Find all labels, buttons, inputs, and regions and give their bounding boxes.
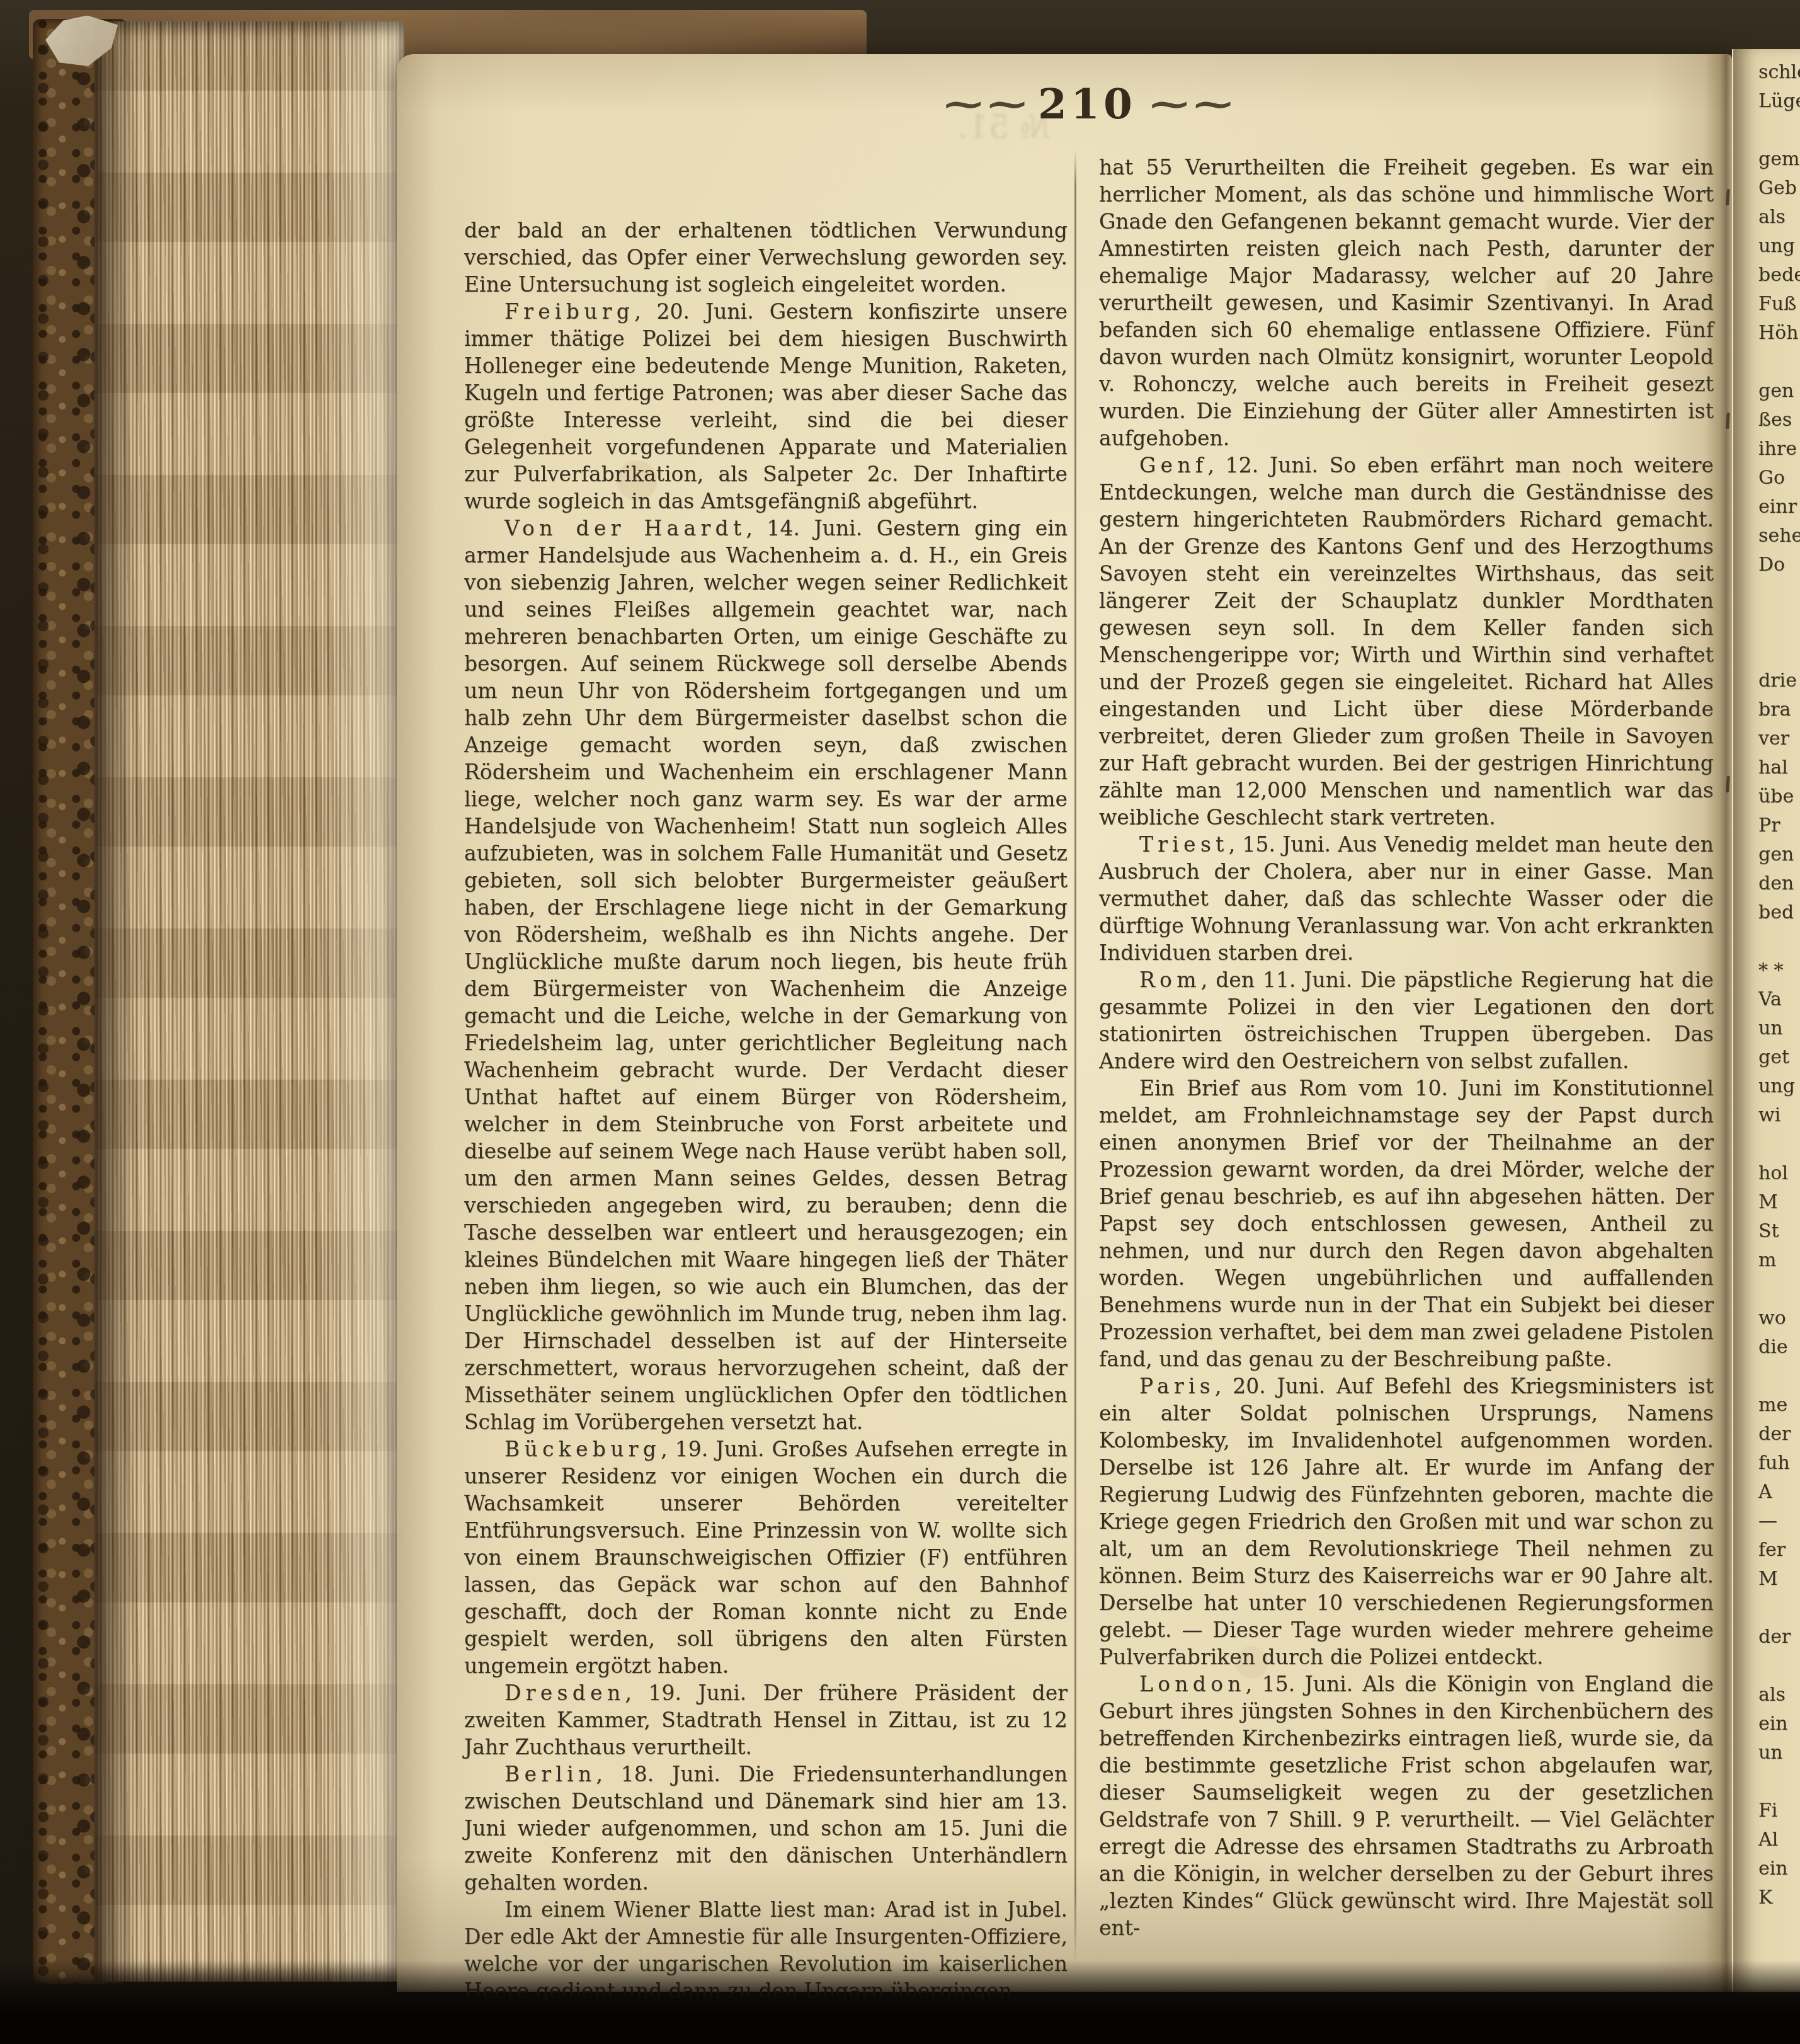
next-page-sliver: schleLüge gemGebalsungbedeFußHöh genßesi… xyxy=(1732,49,1800,1992)
next-page-text-fragment: Pr xyxy=(1758,811,1800,840)
page-fold-shadow xyxy=(1704,54,1732,1992)
next-page-text-fragment: bed xyxy=(1758,898,1800,927)
next-page-text-fragment xyxy=(1758,116,1800,145)
next-page-text-fragment: den xyxy=(1758,869,1800,898)
next-page-text-fragment: bede xyxy=(1758,261,1800,290)
next-page-text-fragment xyxy=(1758,1652,1800,1681)
column-divider xyxy=(1074,150,1076,1967)
next-page-text-fragment: get xyxy=(1758,1043,1800,1072)
dateline: Berlin xyxy=(504,1762,596,1786)
next-page-text-fragment: fer xyxy=(1758,1536,1800,1565)
article-paragraph: Paris, 20. Juni. Auf Befehl des Kriegsmi… xyxy=(1099,1373,1714,1670)
next-page-text-fragment: Höh xyxy=(1758,319,1800,348)
next-page-text-fragment: einr xyxy=(1758,493,1800,522)
next-page-text-fragment: Go xyxy=(1758,464,1800,493)
next-page-text-fragment: ein xyxy=(1758,1710,1800,1739)
next-page-text-fragment: wi xyxy=(1758,1101,1800,1130)
next-page-text-fragment: Va xyxy=(1758,985,1800,1014)
next-page-text-fragment: sehe xyxy=(1758,522,1800,551)
dateline: Genf xyxy=(1139,453,1207,477)
next-page-text-fragment xyxy=(1758,1130,1800,1159)
next-page-text-fragment xyxy=(1758,1362,1800,1391)
dateline: Paris xyxy=(1139,1374,1215,1398)
next-page-text-fragment xyxy=(1758,608,1800,637)
next-page-text-fragment: Do xyxy=(1758,551,1800,580)
next-page-text-fragment: Fi xyxy=(1758,1796,1800,1825)
article-paragraph: Freiburg, 20. Juni. Gestern konfiszirte … xyxy=(464,298,1068,515)
next-page-text-fragment xyxy=(1758,1594,1800,1623)
next-page-text-fragment: fuh xyxy=(1758,1449,1800,1478)
article-paragraph: Bückeburg, 19. Juni. Großes Aufsehen err… xyxy=(464,1436,1068,1679)
next-page-text-fragment: der xyxy=(1758,1623,1800,1652)
next-page-text-fragment: der xyxy=(1758,1420,1800,1449)
next-page-text-fragment: Geb xyxy=(1758,174,1800,203)
photo-backdrop: № 51. ~~ 210 ~~ der bald an der erhalten… xyxy=(0,0,1800,2044)
next-page-text-fragment: als xyxy=(1758,1681,1800,1710)
next-page-text-fragment: hal xyxy=(1758,753,1800,782)
next-page-text-fragment: Al xyxy=(1758,1825,1800,1854)
next-page-text-fragment: bra xyxy=(1758,695,1800,724)
next-page-text-fragment: K xyxy=(1758,1883,1800,1912)
next-page-text-fragment xyxy=(1758,1275,1800,1304)
next-page-text-fragment: M xyxy=(1758,1188,1800,1217)
next-page-text-fragment: drie xyxy=(1758,666,1800,695)
dateline: Triest xyxy=(1139,832,1229,857)
next-page-text-fragment: Lüge xyxy=(1758,87,1800,116)
next-page-text-fragment xyxy=(1758,1767,1800,1796)
next-page-text-fragment: ihre xyxy=(1758,435,1800,464)
dateline: Rom xyxy=(1139,968,1201,992)
article-paragraph: Berlin, 18. Juni. Die Friedensunterhandl… xyxy=(464,1761,1068,1896)
next-page-text-fragment xyxy=(1758,927,1800,956)
article-paragraph: Genf, 12. Juni. So eben erfährt man noch… xyxy=(1099,452,1714,831)
dateline: Freiburg xyxy=(504,299,634,324)
dateline: Von der Haardt xyxy=(504,516,746,540)
page-header: ~~ 210 ~~ xyxy=(397,79,1732,128)
next-page-text-fragment: gem xyxy=(1758,145,1800,174)
next-page-text-fragment xyxy=(1758,348,1800,377)
next-page-text-fragment: A xyxy=(1758,1478,1800,1507)
left-column: der bald an der erhaltenen tödtlichen Ve… xyxy=(464,217,1068,2004)
next-page-text-fragment: M xyxy=(1758,1565,1800,1594)
next-page-text-fragment: ßes xyxy=(1758,406,1800,435)
article-paragraph: hat 55 Verurtheilten die Freiheit gegebe… xyxy=(1099,154,1714,452)
page-number: 210 xyxy=(1038,79,1136,128)
next-page-text-fragment: ung xyxy=(1758,232,1800,261)
article-paragraph: Rom, den 11. Juni. Die päpstliche Regier… xyxy=(1099,966,1714,1075)
page-stack-edge xyxy=(94,21,404,1982)
next-page-text-fragment: un xyxy=(1758,1739,1800,1767)
next-page-text-fragment: als xyxy=(1758,203,1800,232)
next-page-text-fragment: me xyxy=(1758,1391,1800,1420)
next-page-text-fragment: ein xyxy=(1758,1854,1800,1883)
next-page-text-fragment: gen xyxy=(1758,840,1800,869)
newspaper-page: № 51. ~~ 210 ~~ der bald an der erhalten… xyxy=(397,54,1732,1992)
header-flourish-right: ~~ xyxy=(1146,83,1234,125)
bottom-shadow xyxy=(0,1960,1800,2044)
article-paragraph: Von der Haardt, 14. Juni. Gestern ging e… xyxy=(464,515,1068,1436)
next-page-text-fragment: Fuß xyxy=(1758,290,1800,319)
next-page-text-fragment: gen xyxy=(1758,377,1800,406)
next-page-text-fragment xyxy=(1758,637,1800,666)
next-page-text-fragment: übe xyxy=(1758,782,1800,811)
dateline: Bückeburg xyxy=(504,1437,661,1461)
header-flourish-left: ~~ xyxy=(940,83,1028,125)
article-paragraph: Ein Brief aus Rom vom 10. Juni im Konsti… xyxy=(1099,1075,1714,1373)
next-page-text-fragment: hol xyxy=(1758,1159,1800,1188)
article-paragraph: der bald an der erhaltenen tödtlichen Ve… xyxy=(464,217,1068,298)
next-page-fragments: schleLüge gemGebalsungbedeFußHöh genßesi… xyxy=(1733,49,1800,1912)
next-page-text-fragment xyxy=(1758,580,1800,608)
next-page-text-fragment: ung xyxy=(1758,1072,1800,1101)
dateline: Dresden xyxy=(504,1681,625,1705)
next-page-text-fragment: m xyxy=(1758,1246,1800,1275)
next-page-text-fragment: St xyxy=(1758,1217,1800,1246)
next-page-text-fragment: schle xyxy=(1758,58,1800,87)
next-page-text-fragment: die xyxy=(1758,1333,1800,1362)
next-page-text-fragment: * * xyxy=(1758,956,1800,985)
dateline: London xyxy=(1139,1672,1246,1696)
article-paragraph: Dresden, 19. Juni. Der frühere Präsident… xyxy=(464,1679,1068,1761)
right-column: hat 55 Verurtheilten die Freiheit gegebe… xyxy=(1099,154,1714,1941)
next-page-text-fragment: ver xyxy=(1758,724,1800,753)
next-page-text-fragment: — xyxy=(1758,1507,1800,1536)
article-paragraph: London, 15. Juni. Als die Königin von En… xyxy=(1099,1670,1714,1941)
next-page-text-fragment: un xyxy=(1758,1014,1800,1043)
article-paragraph: Triest, 15. Juni. Aus Venedig meldet man… xyxy=(1099,831,1714,966)
next-page-text-fragment: wo xyxy=(1758,1304,1800,1333)
